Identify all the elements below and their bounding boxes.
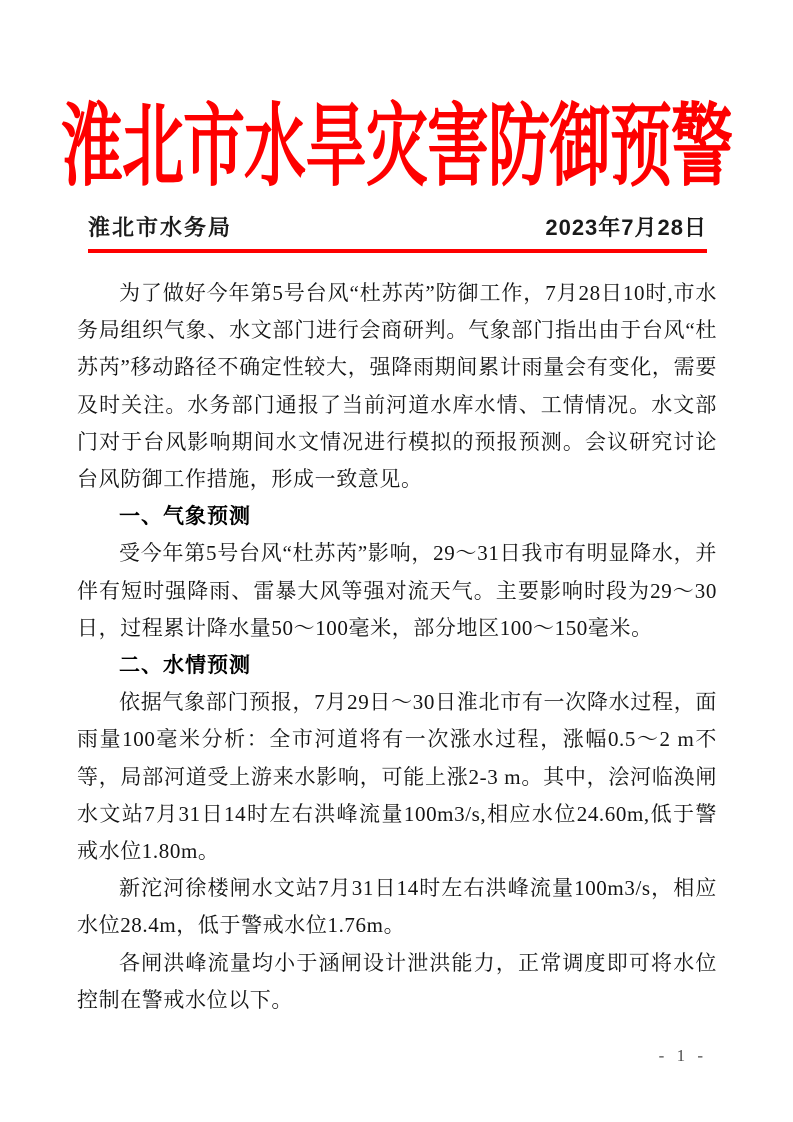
paragraph-water-forecast-xintuohe: 新沱河徐楼闸水文站7月31日14时左右洪峰流量100m3/s，相应水位28.4m… bbox=[77, 870, 717, 944]
issuing-agency: 淮北市水务局 bbox=[88, 211, 232, 242]
paragraph-flood-control-conclusion: 各闸洪峰流量均小于涵闸设计泄洪能力，正常调度即可将水位控制在警戒水位以下。 bbox=[77, 945, 717, 1019]
issue-date: 2023年7月28日 bbox=[545, 211, 707, 242]
page-number: - 1 - bbox=[659, 1046, 707, 1066]
masthead: 淮北市水务局 2023年7月28日 bbox=[88, 212, 707, 242]
header-divider-rule bbox=[88, 249, 707, 253]
section-heading-water-forecast: 二、水情预测 bbox=[77, 647, 717, 684]
paragraph-meeting-intro: 为了做好今年第5号台风“杜苏芮”防御工作，7月28日10时,市水务局组织气象、水… bbox=[77, 275, 717, 498]
paragraph-water-forecast-huihe: 依据气象部门预报，7月29日～30日淮北市有一次降水过程，面雨量100毫米分析：… bbox=[77, 684, 717, 870]
paragraph-weather-forecast: 受今年第5号台风“杜苏芮”影响，29～31日我市有明显降水，并伴有短时强降雨、雷… bbox=[77, 535, 717, 647]
document-body: 为了做好今年第5号台风“杜苏芮”防御工作，7月28日10时,市水务局组织气象、水… bbox=[77, 275, 717, 1019]
document-title: 淮北市水旱灾害防御预警 bbox=[44, 96, 749, 203]
section-heading-weather-forecast: 一、气象预测 bbox=[77, 498, 717, 535]
document-page: 淮北市水旱灾害防御预警 淮北市水务局 2023年7月28日 为了做好今年第5号台… bbox=[0, 0, 793, 1122]
